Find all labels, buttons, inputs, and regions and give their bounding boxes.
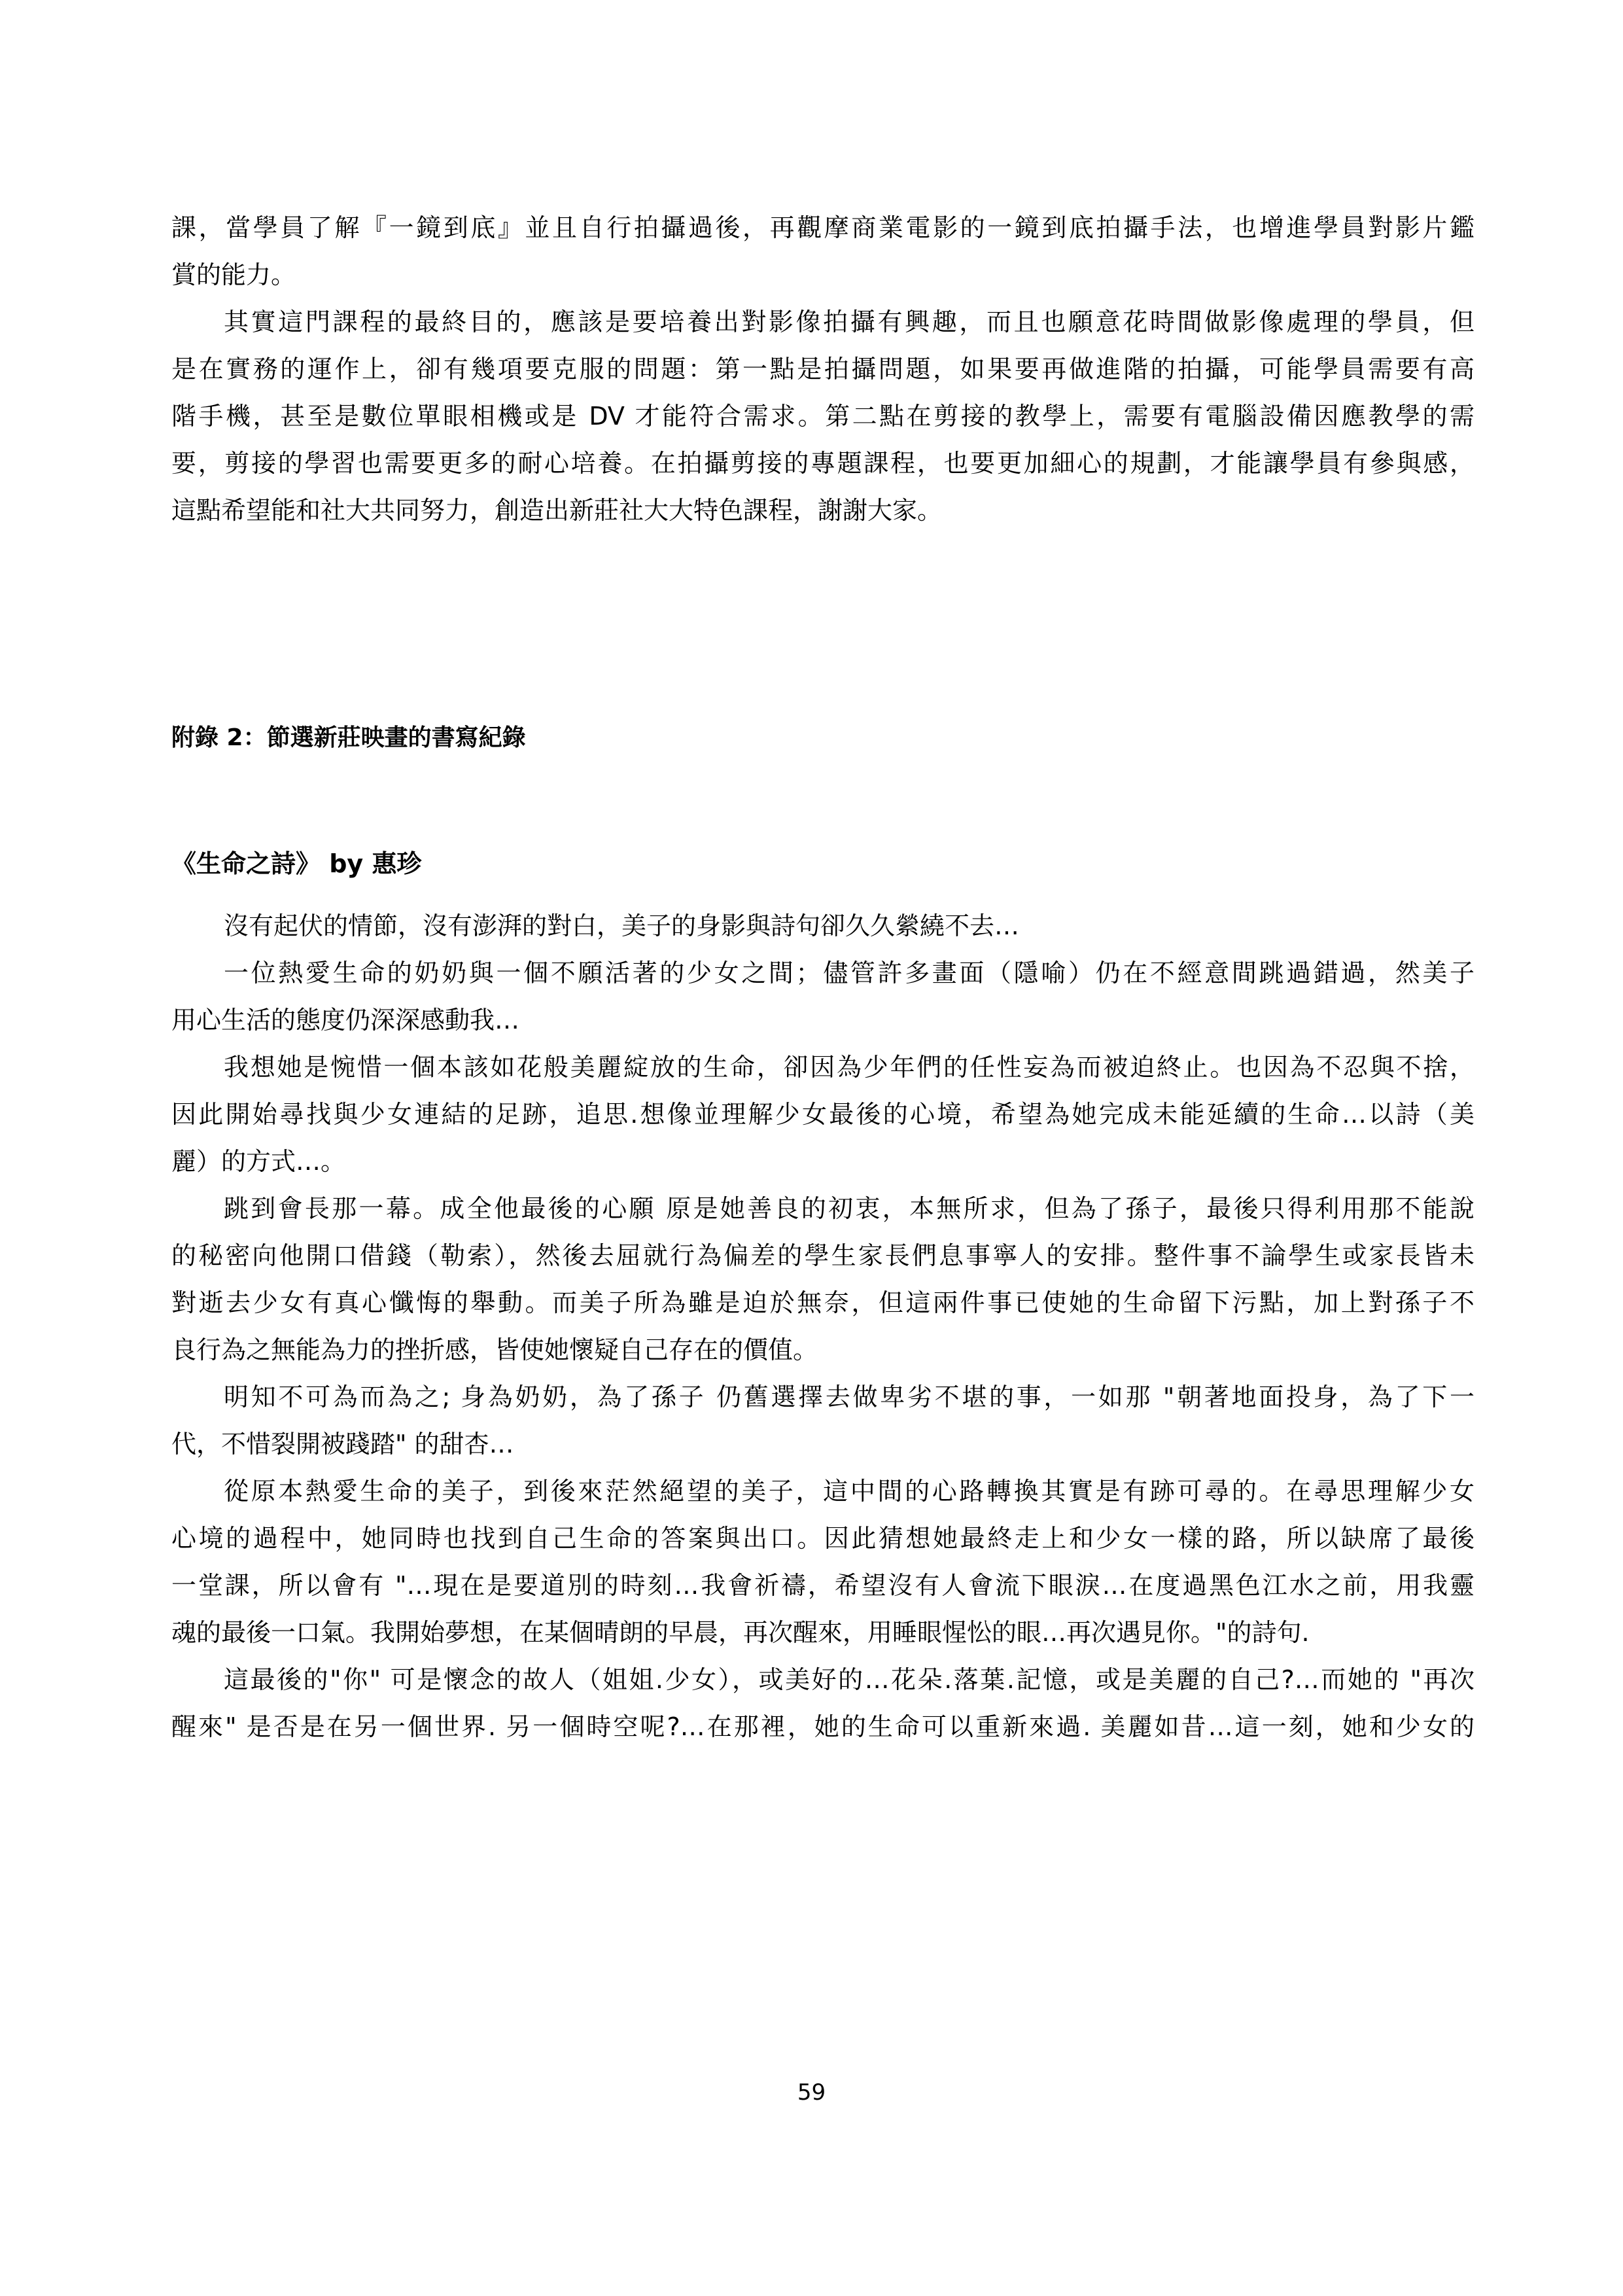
text-line: 其實這門課程的最終目的，應該是要培養出對影像拍攝有興趣，而且也願意花時間做影像處…	[171, 298, 1475, 345]
text-line: 魂的最後一口氣。我開始夢想，在某個晴朗的早晨，再次醒來，用睡眼惺忪的眼…再次遇見…	[171, 1609, 1475, 1656]
page-number: 59	[0, 2073, 1623, 2112]
paragraph: 明知不可為而為之; 身為奶奶，為了孫子 仍舊選擇去做卑劣不堪的事，一如那 "朝著…	[171, 1373, 1475, 1468]
poem-body: 沒有起伏的情節，沒有澎湃的對白，美子的身影與詩句卻久久縈繞不去… 一位熱愛生命的…	[171, 902, 1475, 1750]
paragraph: 一位熱愛生命的奶奶與一個不願活著的少女之間；儘管許多畫面（隱喻）仍在不經意間跳過…	[171, 949, 1475, 1044]
text-line: 階手機，甚至是數位單眼相機或是 DV 才能符合需求。第二點在剪接的教學上，需要有…	[171, 393, 1475, 440]
paragraph: 課，當學員了解『一鏡到底』並且自行拍攝過後，再觀摩商業電影的一鏡到底拍攝手法，也…	[171, 204, 1475, 298]
poem-title: 《生命之詩》 by 惠珍	[171, 844, 421, 883]
text-line: 賞的能力。	[171, 251, 1475, 298]
text-line: 的秘密向他開口借錢（勒索），然後去屈就行為偏差的學生家長們息事寧人的安排。整件事…	[171, 1232, 1475, 1279]
appendix-heading: 附錄 2：節選新莊映畫的書寫紀錄	[171, 718, 526, 758]
paragraph: 沒有起伏的情節，沒有澎湃的對白，美子的身影與詩句卻久久縈繞不去…	[171, 902, 1475, 949]
text-line: 麗）的方式…。	[171, 1138, 1475, 1185]
text-line: 良行為之無能為力的挫折感，皆使她懷疑自己存在的價值。	[171, 1326, 1475, 1373]
text-line: 對逝去少女有真心懺悔的舉動。而美子所為雖是迫於無奈，但這兩件事已使她的生命留下污…	[171, 1279, 1475, 1326]
text-line: 代，不惜裂開被踐踏" 的甜杏…	[171, 1421, 1475, 1468]
text-line: 明知不可為而為之; 身為奶奶，為了孫子 仍舊選擇去做卑劣不堪的事，一如那 "朝著…	[171, 1373, 1475, 1421]
intro-section: 課，當學員了解『一鏡到底』並且自行拍攝過後，再觀摩商業電影的一鏡到底拍攝手法，也…	[171, 204, 1475, 534]
paragraph: 這最後的"你" 可是懷念的故人（姐姐.少女），或美好的…花朵.落葉.記憶，或是美…	[171, 1656, 1475, 1750]
text-line: 一位熱愛生命的奶奶與一個不願活著的少女之間；儘管許多畫面（隱喻）仍在不經意間跳過…	[171, 949, 1475, 997]
text-line: 跳到會長那一幕。成全他最後的心願 原是她善良的初衷，本無所求，但為了孫子，最後只…	[171, 1185, 1475, 1232]
text-line: 心境的過程中，她同時也找到自己生命的答案與出口。因此猜想她最終走上和少女一樣的路…	[171, 1515, 1475, 1562]
text-line: 要，剪接的學習也需要更多的耐心培養。在拍攝剪接的專題課程，也要更加細心的規劃，才…	[171, 440, 1475, 487]
text-line: 這點希望能和社大共同努力，創造出新莊社大大特色課程，謝謝大家。	[171, 487, 1475, 534]
paragraph: 其實這門課程的最終目的，應該是要培養出對影像拍攝有興趣，而且也願意花時間做影像處…	[171, 298, 1475, 534]
text-line: 從原本熱愛生命的美子，到後來茫然絕望的美子，這中間的心路轉換其實是有跡可尋的。在…	[171, 1468, 1475, 1515]
text-line: 因此開始尋找與少女連結的足跡，追思.想像並理解少女最後的心境，希望為她完成未能延…	[171, 1091, 1475, 1138]
text-line: 醒來" 是否是在另一個世界. 另一個時空呢?…在那裡，她的生命可以重新來過. 美…	[171, 1703, 1475, 1750]
text-line: 沒有起伏的情節，沒有澎湃的對白，美子的身影與詩句卻久久縈繞不去…	[171, 902, 1475, 949]
text-line: 這最後的"你" 可是懷念的故人（姐姐.少女），或美好的…花朵.落葉.記憶，或是美…	[171, 1656, 1475, 1703]
paragraph: 從原本熱愛生命的美子，到後來茫然絕望的美子，這中間的心路轉換其實是有跡可尋的。在…	[171, 1468, 1475, 1656]
text-line: 一堂課，所以會有 "…現在是要道別的時刻…我會祈禱，希望沒有人會流下眼淚…在度過…	[171, 1562, 1475, 1609]
paragraph: 我想她是惋惜一個本該如花般美麗綻放的生命，卻因為少年們的任性妄為而被迫終止。也因…	[171, 1044, 1475, 1185]
text-line: 課，當學員了解『一鏡到底』並且自行拍攝過後，再觀摩商業電影的一鏡到底拍攝手法，也…	[171, 204, 1475, 251]
paragraph: 跳到會長那一幕。成全他最後的心願 原是她善良的初衷，本無所求，但為了孫子，最後只…	[171, 1185, 1475, 1373]
text-line: 是在實務的運作上，卻有幾項要克服的問題：第一點是拍攝問題，如果要再做進階的拍攝，…	[171, 345, 1475, 393]
text-line: 我想她是惋惜一個本該如花般美麗綻放的生命，卻因為少年們的任性妄為而被迫終止。也因…	[171, 1044, 1475, 1091]
text-line: 用心生活的態度仍深深感動我…	[171, 997, 1475, 1044]
